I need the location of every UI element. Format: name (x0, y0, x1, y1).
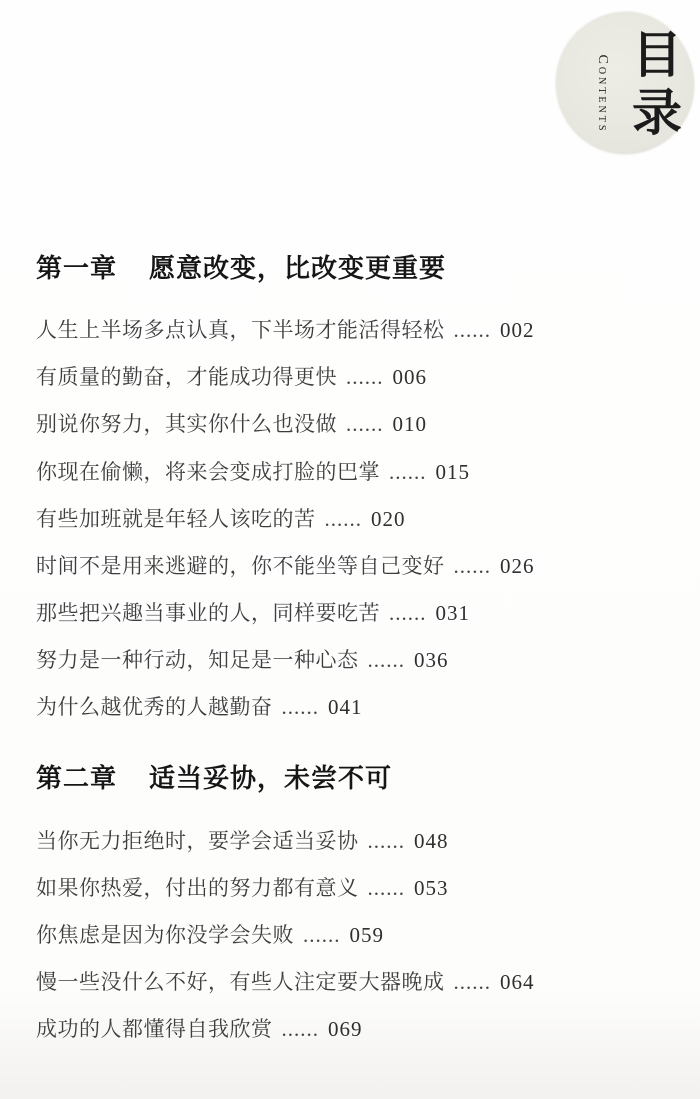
toc-entry-title: 当你无力拒绝时，要学会适当妥协 (36, 829, 359, 853)
toc-entry-page: 031 (436, 601, 471, 625)
toc-entry-page: 041 (328, 695, 363, 719)
table-of-contents: 第一章愿意改变，比改变更重要 人生上半场多点认真，下半场才能活得轻松 .....… (0, 0, 700, 1064)
toc-entry-page: 059 (350, 923, 385, 947)
toc-entry: 有质量的勤奋，才能成功得更快 ...... 006 (36, 365, 660, 389)
chapter-title: 适当妥协，未尝不可 (149, 764, 392, 793)
toc-entry-title: 你焦虑是因为你没学会失败 (36, 923, 294, 947)
toc-entry-leader: ...... (282, 695, 320, 719)
toc-entry-page: 026 (500, 554, 535, 578)
toc-entry-title: 有质量的勤奋，才能成功得更快 (36, 365, 337, 389)
toc-entry-page: 064 (500, 970, 535, 994)
toc-entry-title: 别说你努力，其实你什么也没做 (36, 412, 337, 436)
toc-entry-title: 你现在偷懒，将来会变成打脸的巴掌 (36, 460, 380, 484)
toc-entry-title: 为什么越优秀的人越勤奋 (36, 695, 273, 719)
toc-page: { "stamp": { "title": "目录", "subtitle": … (0, 0, 700, 1099)
toc-entry-leader: ...... (454, 554, 492, 578)
toc-entry-page: 069 (328, 1017, 363, 1041)
toc-entry-page: 002 (500, 318, 535, 342)
toc-entry: 有些加班就是年轻人该吃的苦 ...... 020 (36, 507, 660, 531)
toc-entry-page: 006 (393, 365, 428, 389)
toc-entry: 为什么越优秀的人越勤奋 ...... 041 (36, 695, 660, 719)
toc-entry-title: 如果你热爱，付出的努力都有意义 (36, 876, 359, 900)
chapter-section: 第一章愿意改变，比改变更重要 人生上半场多点认真，下半场才能活得轻松 .....… (36, 253, 660, 719)
entry-list: 当你无力拒绝时，要学会适当妥协 ...... 048 如果你热爱，付出的努力都有… (36, 829, 660, 1042)
toc-entry-title: 努力是一种行动，知足是一种心态 (36, 648, 359, 672)
toc-entry-leader: ...... (368, 829, 406, 853)
toc-entry-title: 那些把兴趣当事业的人，同样要吃苦 (36, 601, 380, 625)
chapter-section: 第二章适当妥协，未尝不可 当你无力拒绝时，要学会适当妥协 ...... 048 … (36, 763, 660, 1041)
toc-entry-page: 053 (414, 876, 449, 900)
chapter-label: 第二章 (36, 764, 117, 793)
toc-entry-leader: ...... (346, 365, 384, 389)
toc-entry-leader: ...... (325, 507, 363, 531)
toc-entry-leader: ...... (303, 923, 341, 947)
chapter-title: 愿意改变，比改变更重要 (149, 254, 446, 283)
toc-entry-title: 成功的人都懂得自我欣赏 (36, 1017, 273, 1041)
toc-entry-leader: ...... (454, 318, 492, 342)
toc-entry: 努力是一种行动，知足是一种心态 ...... 036 (36, 648, 660, 672)
toc-entry-leader: ...... (368, 876, 406, 900)
toc-entry: 你焦虑是因为你没学会失败 ...... 059 (36, 923, 660, 947)
toc-entry: 那些把兴趣当事业的人，同样要吃苦 ...... 031 (36, 601, 660, 625)
toc-entry-leader: ...... (454, 970, 492, 994)
toc-entry-title: 慢一些没什么不好，有些人注定要大器晚成 (36, 970, 445, 994)
toc-entry: 如果你热爱，付出的努力都有意义 ...... 053 (36, 876, 660, 900)
entry-list: 人生上半场多点认真，下半场才能活得轻松 ...... 002 有质量的勤奋，才能… (36, 318, 660, 719)
toc-entry-leader: ...... (389, 601, 427, 625)
toc-entry-page: 036 (414, 648, 449, 672)
toc-entry: 成功的人都懂得自我欣赏 ...... 069 (36, 1017, 660, 1041)
chapter-heading: 第二章适当妥协，未尝不可 (36, 763, 660, 794)
toc-entry: 别说你努力，其实你什么也没做 ...... 010 (36, 412, 660, 436)
toc-entry-page: 015 (436, 460, 471, 484)
toc-entry-leader: ...... (282, 1017, 320, 1041)
toc-entry-title: 时间不是用来逃避的，你不能坐等自己变好 (36, 554, 445, 578)
toc-entry-leader: ...... (389, 460, 427, 484)
toc-entry: 慢一些没什么不好，有些人注定要大器晚成 ...... 064 (36, 970, 660, 994)
toc-entry-page: 048 (414, 829, 449, 853)
toc-entry: 时间不是用来逃避的，你不能坐等自己变好 ...... 026 (36, 554, 660, 578)
toc-entry-title: 人生上半场多点认真，下半场才能活得轻松 (36, 318, 445, 342)
toc-entry-leader: ...... (346, 412, 384, 436)
toc-entry: 当你无力拒绝时，要学会适当妥协 ...... 048 (36, 829, 660, 853)
toc-entry-page: 010 (393, 412, 428, 436)
chapter-heading: 第一章愿意改变，比改变更重要 (36, 253, 660, 284)
chapter-label: 第一章 (36, 254, 117, 283)
toc-entry: 人生上半场多点认真，下半场才能活得轻松 ...... 002 (36, 318, 660, 342)
toc-entry-title: 有些加班就是年轻人该吃的苦 (36, 507, 316, 531)
toc-entry: 你现在偷懒，将来会变成打脸的巴掌 ...... 015 (36, 460, 660, 484)
toc-entry-leader: ...... (368, 648, 406, 672)
toc-entry-page: 020 (371, 507, 406, 531)
